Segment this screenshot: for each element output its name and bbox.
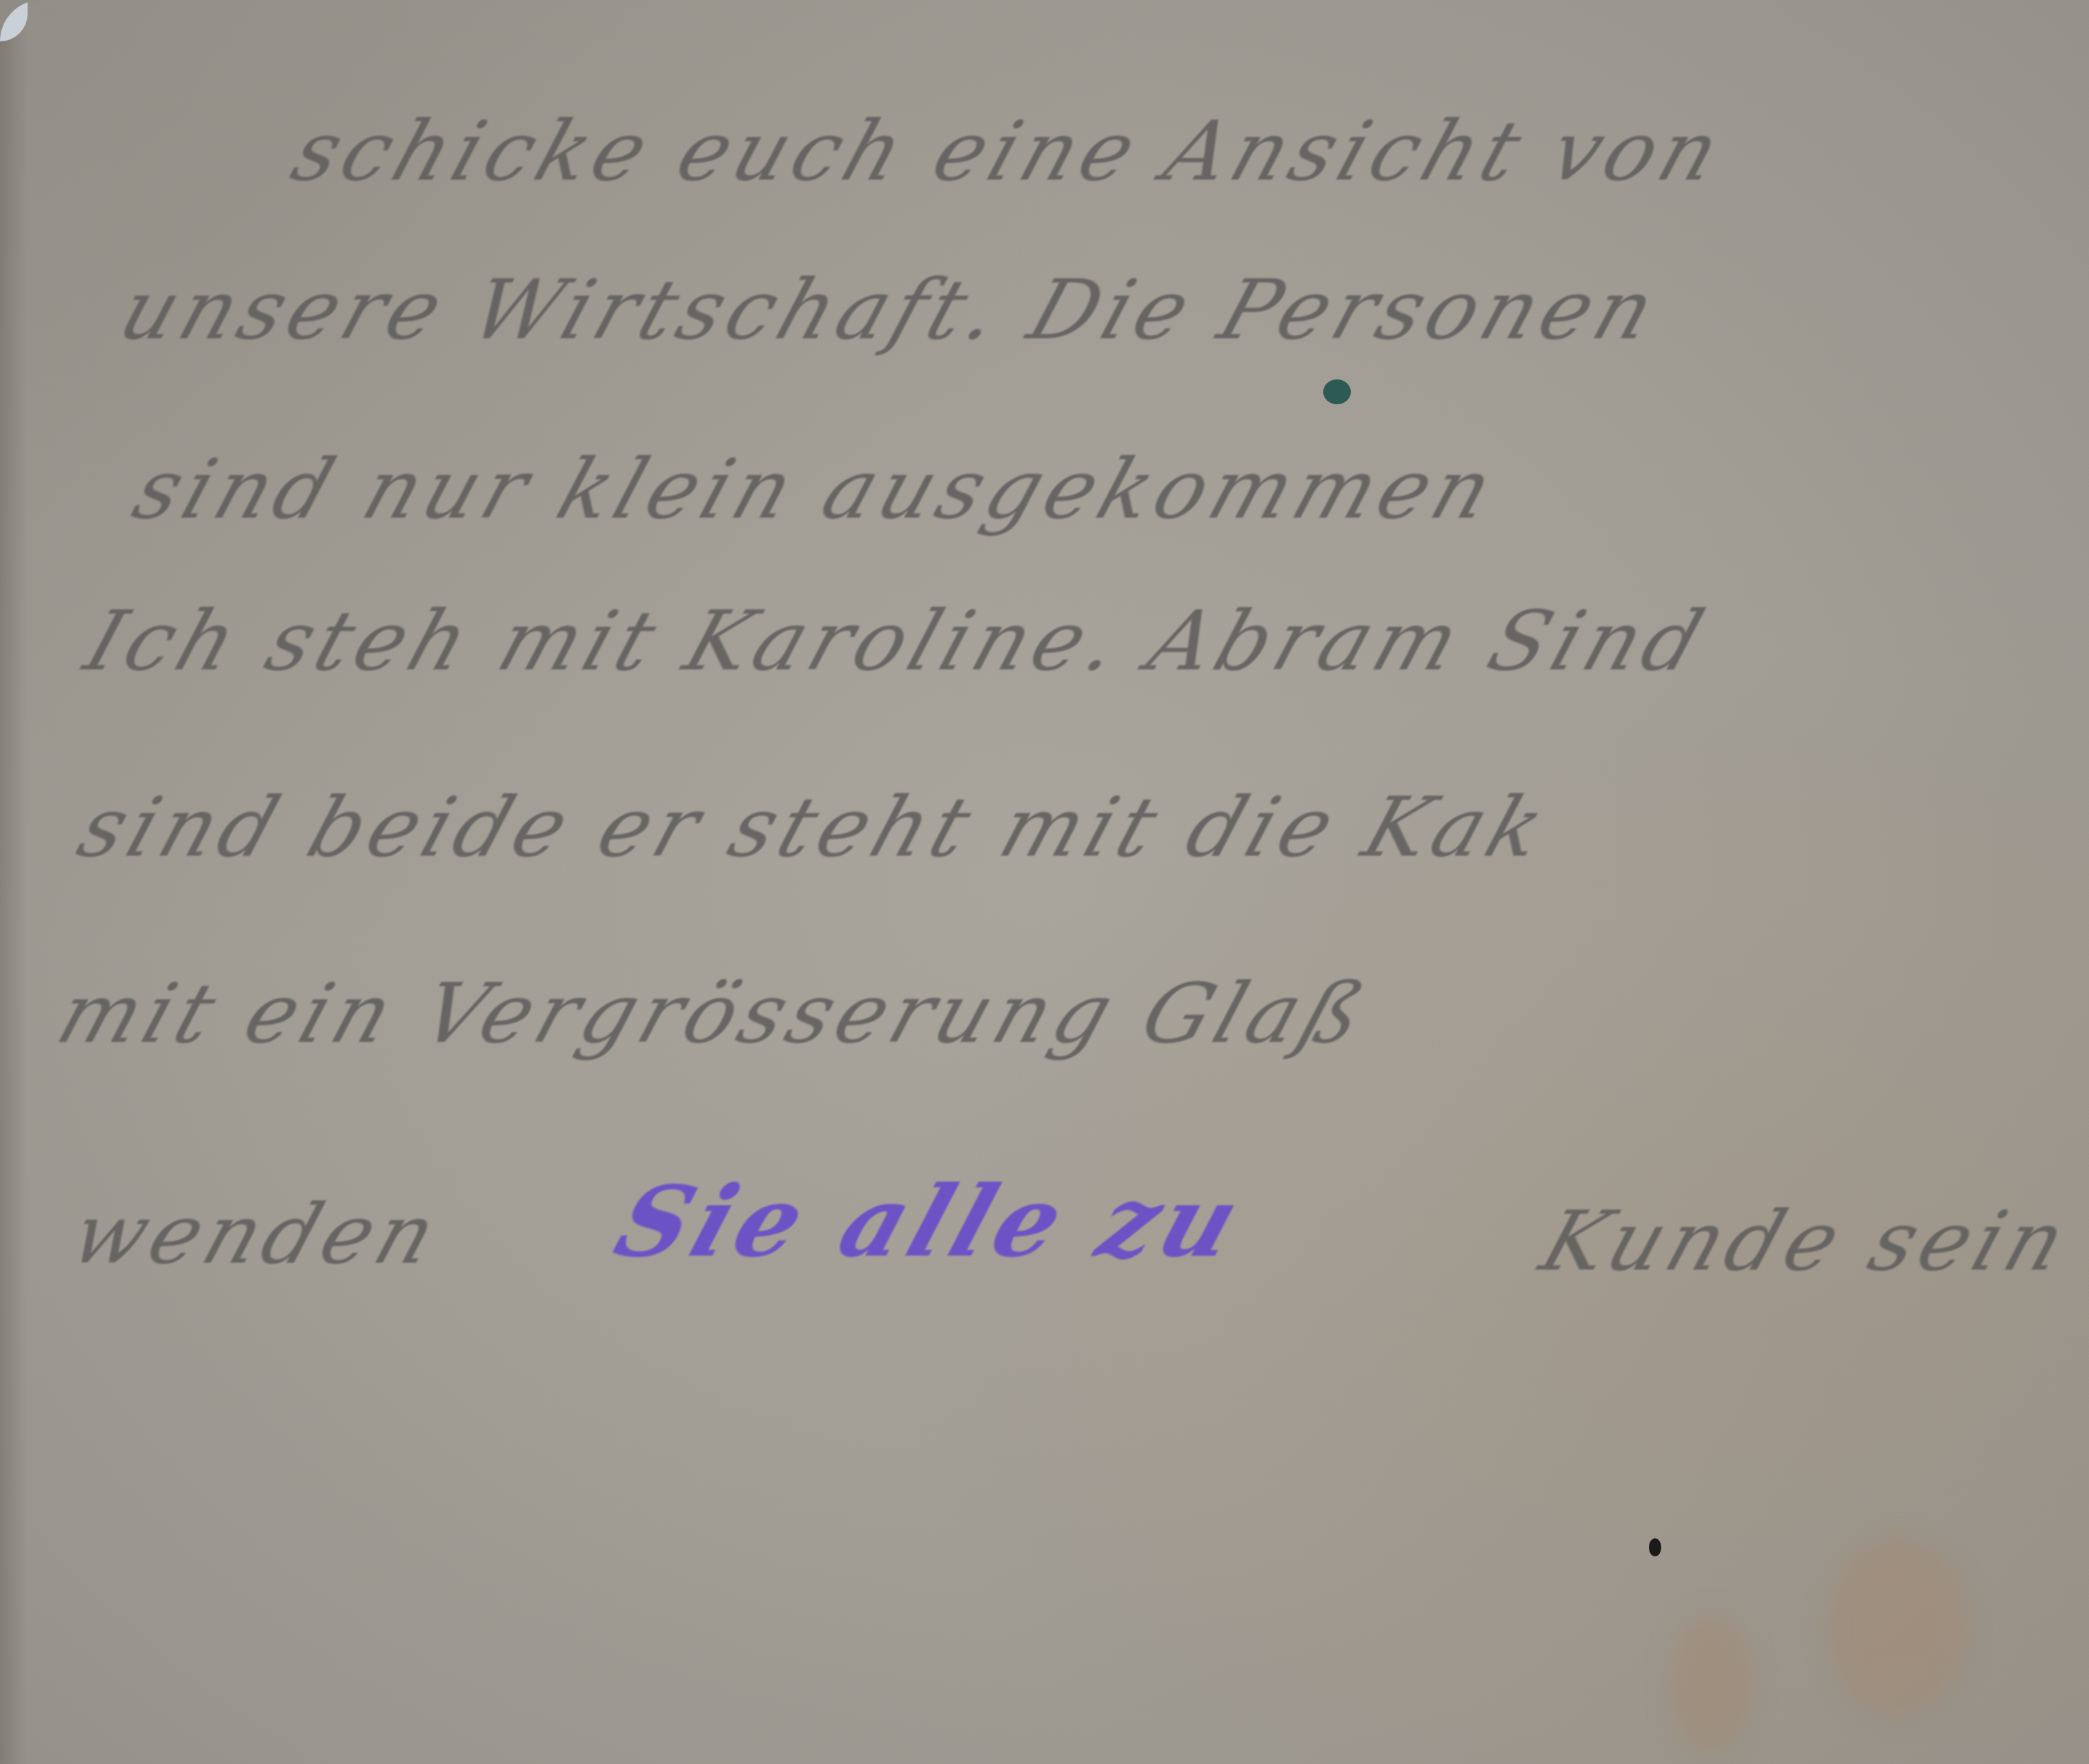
text-line-5: sind beide er steht mit die Kak bbox=[67, 780, 1561, 875]
paper-stain bbox=[1828, 1538, 1966, 1718]
background-corner bbox=[0, 0, 28, 41]
handwritten-card: schicke euch eine Ansicht von unsere Wir… bbox=[0, 0, 2089, 1764]
paper-stain bbox=[1670, 1614, 1752, 1752]
text-line-7-ink: Sie alle zu bbox=[602, 1166, 1258, 1279]
text-line-1: schicke euch eine Ansicht von bbox=[281, 103, 1736, 199]
text-line-6: mit ein Vergrösserung Glaß bbox=[46, 966, 1380, 1062]
ink-spot bbox=[1323, 379, 1351, 404]
text-line-4: Ich steh mit Karoline. Abram Sind bbox=[74, 593, 1719, 689]
text-line-2: unsere Wirtschaft. Die Personen bbox=[108, 262, 1671, 358]
text-line-7-pencil-end: Kunde sein bbox=[1529, 1193, 2082, 1289]
text-line-7-pencil-start: wenden bbox=[60, 1187, 453, 1282]
text-line-3: sind nur klein ausgekommen bbox=[122, 442, 1509, 537]
dirt-spot bbox=[1649, 1538, 1661, 1556]
